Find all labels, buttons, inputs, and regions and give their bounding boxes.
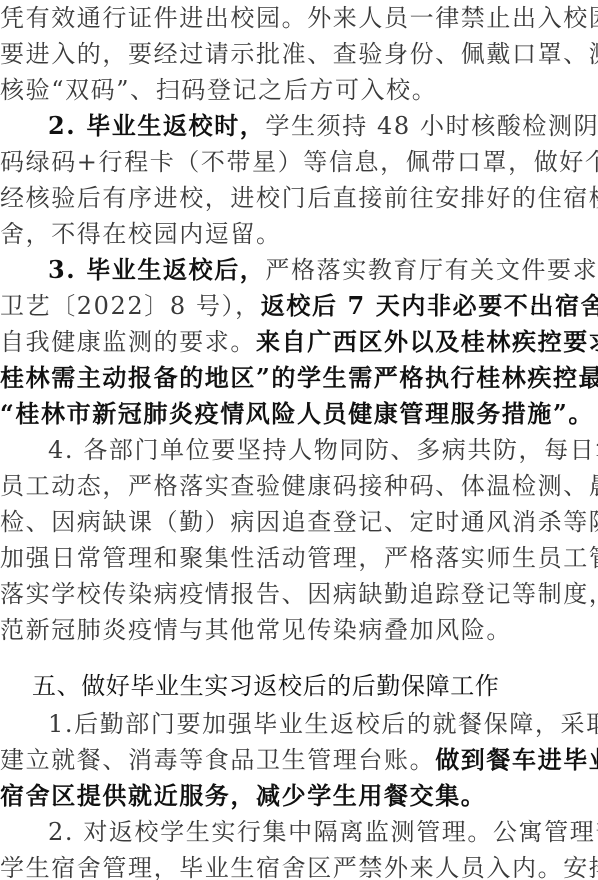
- text-run: 核验“双码”、扫码登记之后方可入校。: [0, 76, 437, 104]
- text-line: 范新冠肺炎疫情与其他常见传染病叠加风险。: [0, 612, 598, 648]
- text-line: 落实学校传染病疫情报告、因病缺勤追踪登记等制度，主动防: [0, 576, 598, 612]
- text-run: 学生须持 48 小时核酸检测阴性证明+健康: [265, 112, 598, 140]
- document-page: 凭有效通行证件进出校园。外来人员一律禁止出入校园，确需 要进入的，要经过请示批准…: [0, 0, 598, 880]
- text-run: 2. 对返校学生实行集中隔离监测管理。公寓管理部门做好: [48, 818, 598, 846]
- text-run-bold: 做到餐车进毕业生集中: [435, 745, 598, 774]
- text-run: 自我健康监测的要求。: [0, 328, 256, 356]
- text-run-bold: “桂林市新冠肺炎疫情风险人员健康管理服务措施”。: [0, 399, 594, 428]
- text-run: 学生宿舍管理，毕业生宿舍区严禁外来人员入内。安排专人负: [0, 854, 598, 880]
- text-line: 核验“双码”、扫码登记之后方可入校。: [0, 72, 598, 108]
- text-run-bold: 宿舍区提供就近服务，减少学生用餐交集。: [0, 781, 486, 810]
- item-lead-bold: 3. 毕业生返校后，: [48, 255, 265, 284]
- text-line: 员工动态，严格落实查验健康码接种码、体温检测、晨（午）: [0, 468, 598, 504]
- text-line: 桂林需主动报备的地区”的学生需严格执行桂林疾控最新更新的: [0, 360, 598, 396]
- text-run: 加强日常管理和聚集性活动管理，严格落实师生员工管控要求，: [0, 544, 598, 572]
- text-run-bold: 桂林需主动报备的地区”的学生需严格执行桂林疾控最新更新的: [0, 363, 598, 392]
- text-line: 经核验后有序进校，进校门后直接前往安排好的住宿楼栋及宿: [0, 180, 598, 216]
- text-line: 建立就餐、消毒等食品卫生管理台账。做到餐车进毕业生集中: [0, 742, 598, 778]
- text-run: 严格落实教育厅有关文件要求（桂教体: [265, 256, 598, 284]
- text-run: 员工动态，严格落实查验健康码接种码、体温检测、晨（午）: [0, 472, 598, 500]
- text-line: 码绿码+行程卡（不带星）等信息，佩带口罩，做好个人防护，: [0, 144, 598, 180]
- text-line: 1.后勤部门要加强毕业生返校后的就餐保障，采取错峰就餐，: [0, 706, 598, 742]
- text-line: 卫艺〔2022〕8 号），返校后 7 天内非必要不出宿舍，连续 14 天: [0, 288, 598, 324]
- text-line: 4. 各部门单位要坚持人物同防、多病共防，每日掌握师生: [0, 432, 598, 468]
- text-line: 自我健康监测的要求。来自广西区外以及桂林疾控要求“来（返）: [0, 324, 598, 360]
- text-run: 码绿码+行程卡（不带星）等信息，佩带口罩，做好个人防护，: [0, 148, 598, 176]
- text-line: 学生宿舍管理，毕业生宿舍区严禁外来人员入内。安排专人负: [0, 850, 598, 880]
- text-run: 凭有效通行证件进出校园。外来人员一律禁止出入校园，确需: [0, 4, 598, 32]
- text-run: 舍，不得在校园内逗留。: [0, 220, 282, 248]
- text-run: 范新冠肺炎疫情与其他常见传染病叠加风险。: [0, 616, 512, 644]
- text-run: 卫艺〔2022〕8 号），: [0, 292, 261, 320]
- text-line: 舍，不得在校园内逗留。: [0, 216, 598, 252]
- text-run: 经核验后有序进校，进校门后直接前往安排好的住宿楼栋及宿: [0, 184, 598, 212]
- text-run: 要进入的，要经过请示批准、查验身份、佩戴口罩、测量体温、: [0, 40, 598, 68]
- text-line: 要进入的，要经过请示批准、查验身份、佩戴口罩、测量体温、: [0, 36, 598, 72]
- section-heading: 五、做好毕业生实习返校后的后勤保障工作: [0, 668, 598, 704]
- text-line: 检、因病缺课（勤）病因追查登记、定时通风消杀等防控措施，: [0, 504, 598, 540]
- text-run-bold: 返校后 7 天内非必要不出宿舍，: [261, 291, 598, 320]
- text-line: 加强日常管理和聚集性活动管理，严格落实师生员工管控要求，: [0, 540, 598, 576]
- text-run: 1.后勤部门要加强毕业生返校后的就餐保障，采取错峰就餐，: [48, 710, 598, 738]
- item-lead-bold: 2. 毕业生返校时，: [48, 111, 265, 140]
- text-run-bold: 来自广西区外以及桂林疾控要求“来（返）: [256, 327, 598, 356]
- text-run: 落实学校传染病疫情报告、因病缺勤追踪登记等制度，主动防: [0, 580, 598, 608]
- text-line: 2. 对返校学生实行集中隔离监测管理。公寓管理部门做好: [0, 814, 598, 850]
- text-line: “桂林市新冠肺炎疫情风险人员健康管理服务措施”。: [0, 396, 598, 432]
- text-run: 检、因病缺课（勤）病因追查登记、定时通风消杀等防控措施，: [0, 508, 598, 536]
- text-line: 2. 毕业生返校时，学生须持 48 小时核酸检测阴性证明+健康: [0, 108, 598, 144]
- text-run: 4. 各部门单位要坚持人物同防、多病共防，每日掌握师生: [48, 436, 598, 464]
- text-line: 宿舍区提供就近服务，减少学生用餐交集。: [0, 778, 598, 814]
- text-line: 3. 毕业生返校后，严格落实教育厅有关文件要求（桂教体: [0, 252, 598, 288]
- text-line: 凭有效通行证件进出校园。外来人员一律禁止出入校园，确需: [0, 0, 598, 36]
- text-run: 建立就餐、消毒等食品卫生管理台账。: [0, 746, 435, 774]
